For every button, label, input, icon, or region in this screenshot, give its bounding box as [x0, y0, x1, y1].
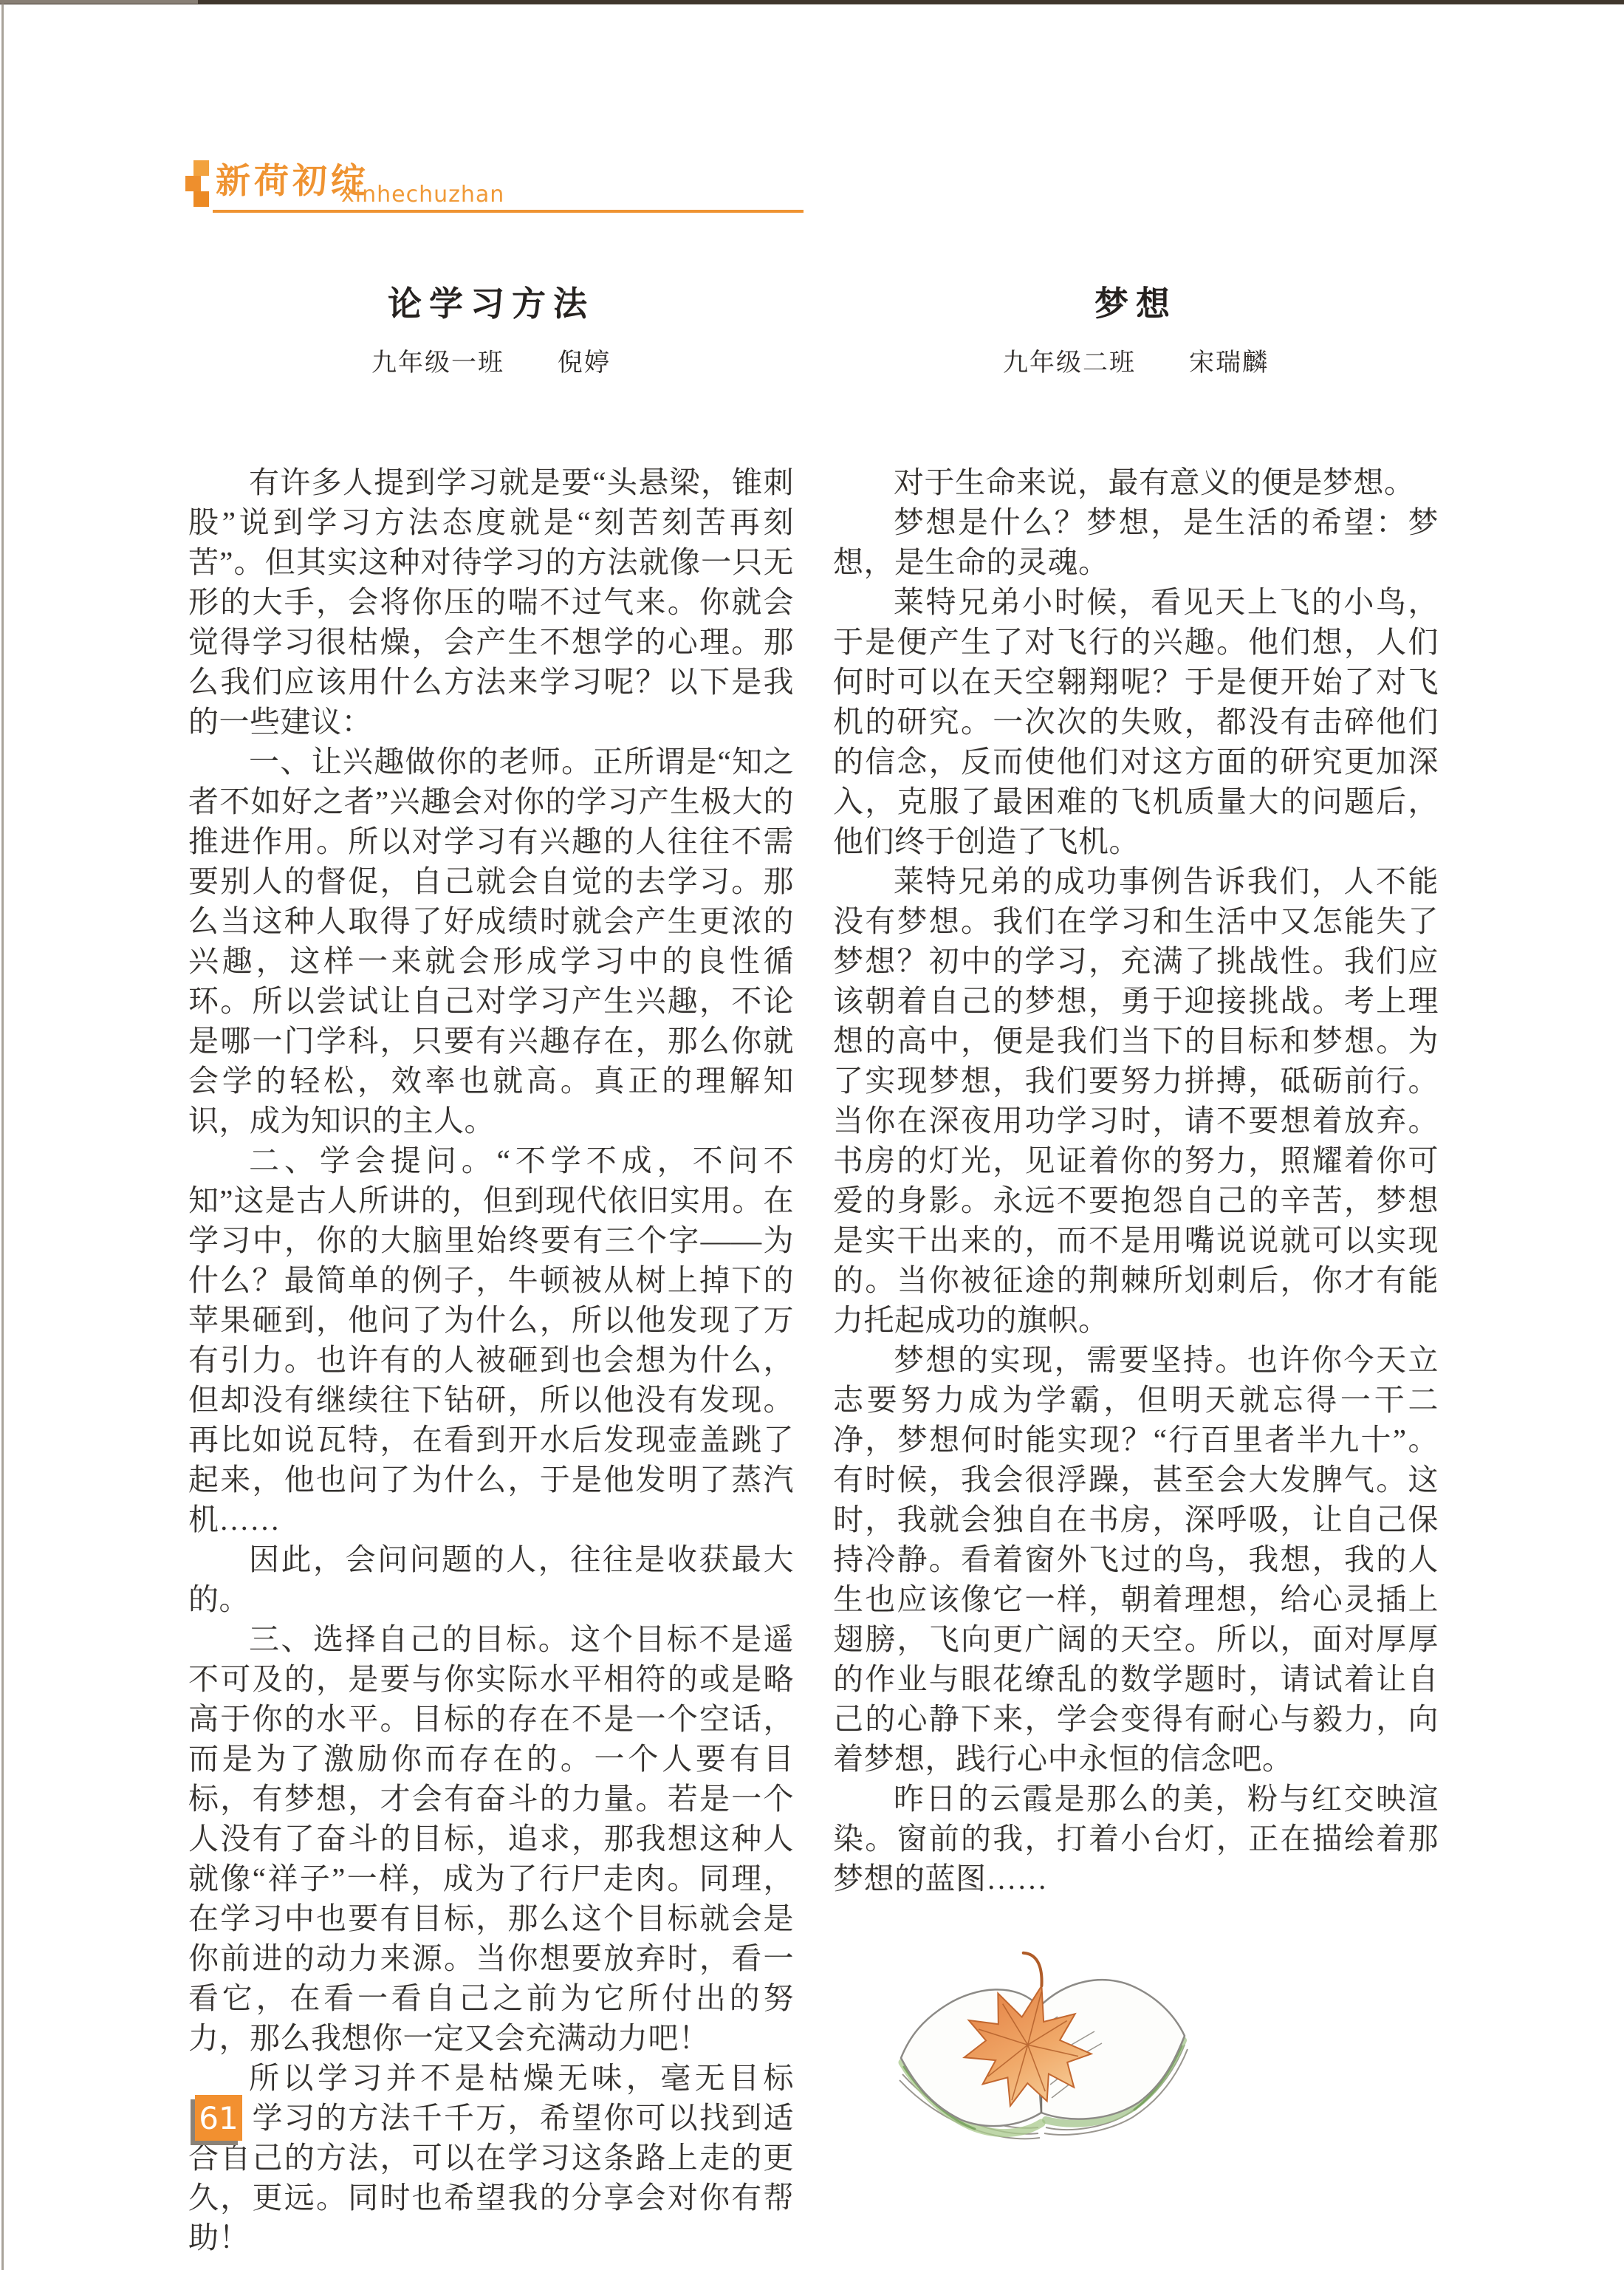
logo-square-icon: [185, 176, 201, 191]
paragraph: 昨日的云霞是那么的美，粉与红交映渲染。窗前的我，打着小台灯，正在描绘着那梦想的蓝…: [833, 1779, 1439, 1898]
header-rule: [213, 210, 804, 213]
article-title: 梦想: [833, 282, 1439, 327]
leaf-stem: [1016, 1952, 1049, 1986]
logo-squares-icon: [185, 160, 210, 209]
paragraph: 有许多人提到学习就是要“头悬梁，锥刺股”说到学习方法态度就是“刻苦刻苦再刻苦”。…: [188, 462, 794, 742]
magazine-page: 新荷初绽 xinhechuzhan 论学习方法 九年级一班 倪婷 有许多人提到学…: [0, 0, 1624, 2270]
paragraph: 梦想的实现，需要坚持。也许你今天立志要努力成为学霸，但明天就忘得一干二净，梦想何…: [833, 1340, 1439, 1779]
paragraph: 三、选择自己的目标。这个目标不是遥不可及的，是要与你实际水平相符的或是略高于你的…: [188, 1619, 794, 2058]
paragraph: 梦想是什么？梦想，是生活的希望：梦想，是生命的灵魂。: [833, 502, 1439, 582]
article-dream: 梦想 九年级二班 宋瑞麟 对于生命来说，最有意义的便是梦想。 梦想是什么？梦想，…: [833, 282, 1439, 2158]
scan-edge-top-left: [0, 0, 198, 4]
article-byline: 九年级二班 宋瑞麟: [833, 347, 1439, 380]
article-study-methods: 论学习方法 九年级一班 倪婷 有许多人提到学习就是要“头悬梁，锥刺股”说到学习方…: [188, 282, 794, 2257]
page-number-badge: 61: [195, 2095, 242, 2141]
paragraph: 所以学习并不是枯燥无味，毫无目标的。学习的方法千千万，希望你可以找到适合自己的方…: [188, 2058, 794, 2257]
logo-square-icon: [193, 191, 209, 207]
paragraph: 对于生命来说，最有意义的便是梦想。: [833, 462, 1439, 502]
scan-edge-top: [0, 0, 1624, 4]
paragraph: 一、让兴趣做你的老师。正所谓是“知之者不如好之者”兴趣会对你的学习产生极大的推进…: [188, 742, 794, 1141]
article-title: 论学习方法: [188, 282, 794, 327]
open-book-illustration: [880, 1937, 1205, 2158]
paragraph: 莱特兄弟的成功事例告诉我们，人不能没有梦想。我们在学习和生活中又怎能失了梦想？初…: [833, 861, 1439, 1340]
logo-square-icon: [193, 160, 209, 176]
article-byline: 九年级一班 倪婷: [188, 347, 794, 380]
paragraph: 因此，会问问题的人，往往是收获最大的。: [188, 1539, 794, 1619]
scan-edge-left: [1, 4, 4, 2270]
magazine-logo-subtext: xinhechuzhan: [341, 180, 504, 210]
paragraph: 二、学会提问。“不学不成，不问不知”这是古人所讲的，但到现代依旧实用。在学习中，…: [188, 1141, 794, 1539]
paragraph: 莱特兄弟小时候，看见天上飞的小鸟，于是便产生了对飞行的兴趣。他们想，人们何时可以…: [833, 582, 1439, 861]
